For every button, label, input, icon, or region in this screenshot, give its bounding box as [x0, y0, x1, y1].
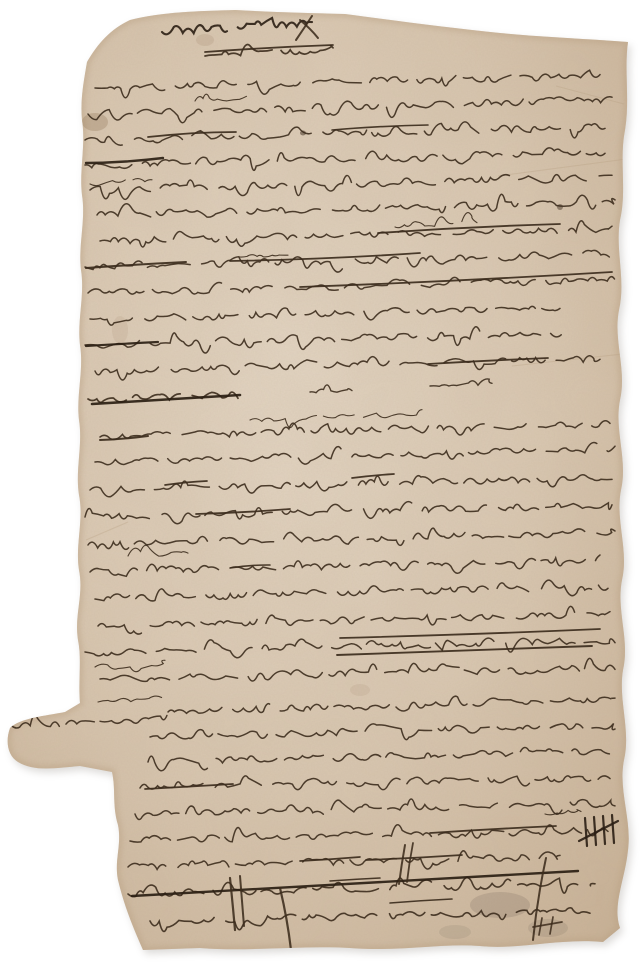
manuscript-page: Handwritten manuscript leaf (scan) [0, 0, 641, 971]
manuscript-scan [0, 0, 641, 971]
paper-grain-texture [8, 10, 629, 950]
